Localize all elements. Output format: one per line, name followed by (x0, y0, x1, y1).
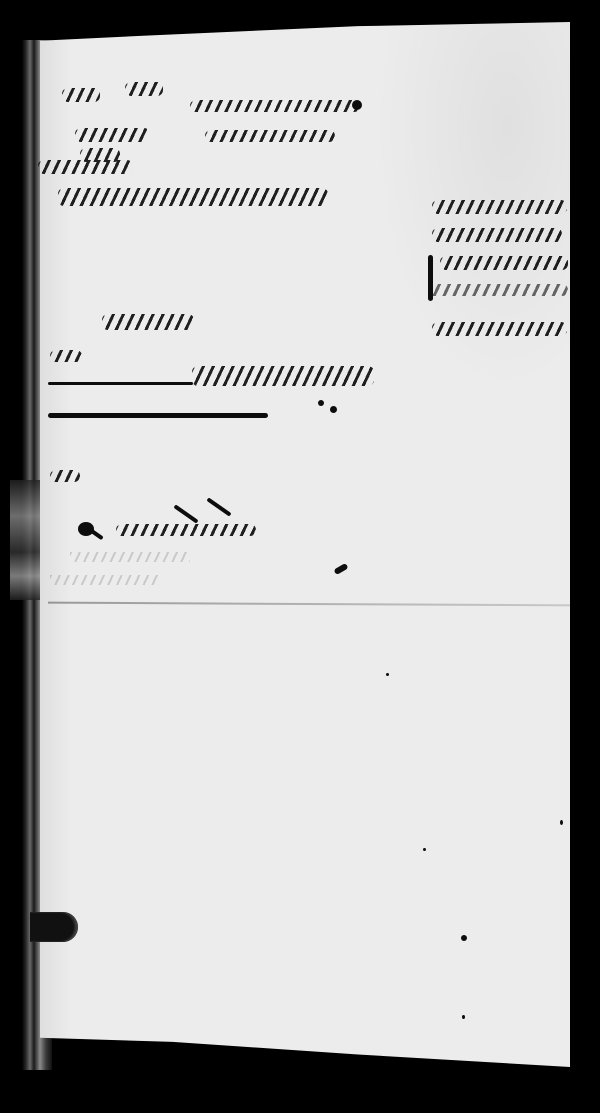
script-stroke (62, 88, 100, 102)
ink-dot (330, 406, 337, 413)
paper-shading (40, 22, 570, 1067)
script-stroke (58, 188, 328, 206)
margin-mark (50, 350, 82, 362)
faint-script (70, 552, 190, 562)
entry-row (432, 200, 567, 214)
script-stroke (38, 160, 133, 174)
script-stroke (205, 130, 335, 142)
entry-row (432, 228, 562, 242)
script-stroke (190, 100, 360, 112)
scan-background: illegible mirrored handwriting (4 lines)… (0, 0, 600, 1113)
ink-speck (462, 1015, 465, 1019)
ink-blot (352, 100, 362, 110)
ink-speck (461, 935, 467, 941)
ink-rule (48, 413, 268, 418)
ink-speck (560, 820, 563, 825)
entry-row (428, 284, 568, 296)
binding-tab (30, 912, 78, 942)
faint-script (50, 575, 160, 585)
script-stroke (116, 524, 256, 536)
paper-page (40, 22, 570, 1067)
script-stroke (192, 366, 374, 386)
script-stroke (102, 314, 194, 330)
brace-mark (428, 255, 433, 301)
ink-dot (318, 400, 324, 406)
entry-row (432, 322, 567, 336)
ink-rule (48, 382, 193, 385)
ink-speck (423, 848, 426, 851)
entry-row (440, 256, 568, 270)
ink-speck (386, 673, 389, 676)
script-stroke (125, 82, 163, 96)
margin-mark (50, 470, 80, 482)
script-stroke (75, 128, 150, 142)
